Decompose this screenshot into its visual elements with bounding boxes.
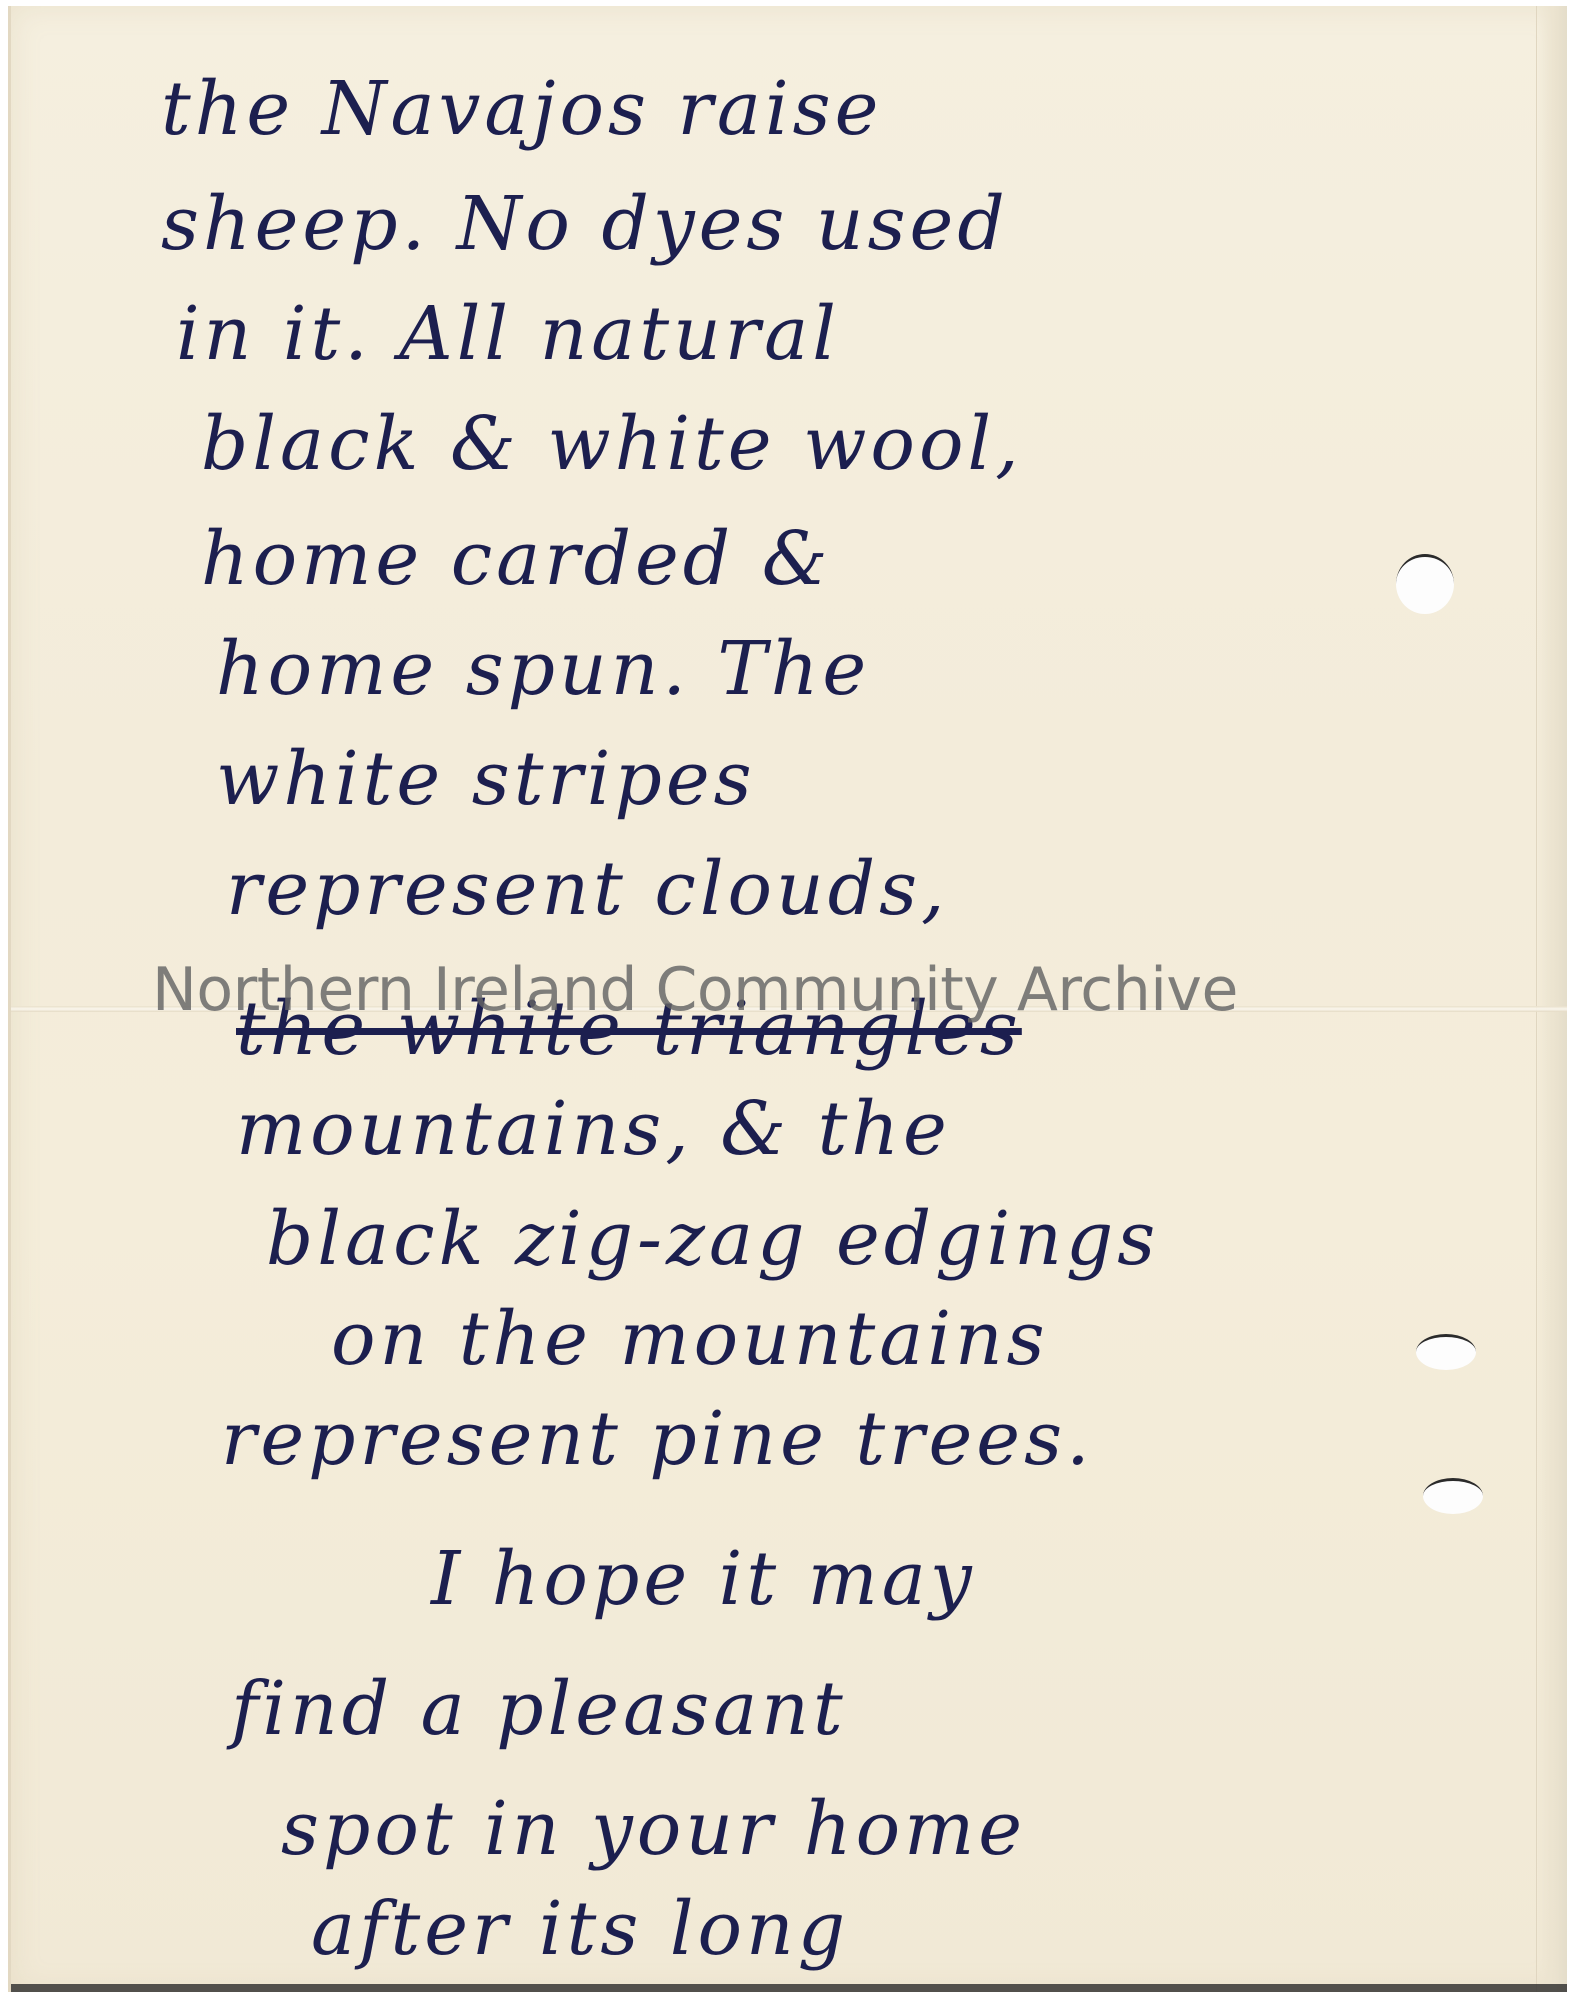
handwritten-line: sheep. No dyes used: [161, 181, 1009, 267]
handwritten-line: represent pine trees.: [221, 1396, 1094, 1482]
handwritten-line: home spun. The: [216, 626, 870, 712]
handwritten-line: home carded &: [201, 516, 832, 602]
paper-bottom-edge: [11, 1984, 1567, 1992]
handwritten-line: I hope it may: [431, 1536, 976, 1622]
handwritten-line: mountains, & the: [236, 1086, 951, 1172]
handwritten-line: the Navajos raise: [161, 66, 882, 152]
handwritten-line: white stripes: [216, 736, 756, 822]
handwritten-line: black & white wool,: [201, 401, 1023, 487]
punch-hole: [1416, 1334, 1476, 1370]
handwritten-line: black zig-zag edgings: [266, 1196, 1159, 1282]
handwritten-line: on the mountains: [331, 1296, 1049, 1382]
handwritten-line: in it. All natural: [176, 291, 840, 377]
punch-hole: [1396, 554, 1454, 614]
handwritten-line: find a pleasant: [231, 1666, 847, 1752]
handwritten-line: spot in your home: [281, 1786, 1026, 1872]
paper-edge: [1536, 6, 1567, 1992]
handwritten-line: represent clouds,: [226, 846, 949, 932]
punch-hole: [1423, 1478, 1483, 1514]
handwritten-line: after its long: [311, 1886, 849, 1972]
archive-watermark: Northern Ireland Community Archive: [152, 955, 1238, 1025]
